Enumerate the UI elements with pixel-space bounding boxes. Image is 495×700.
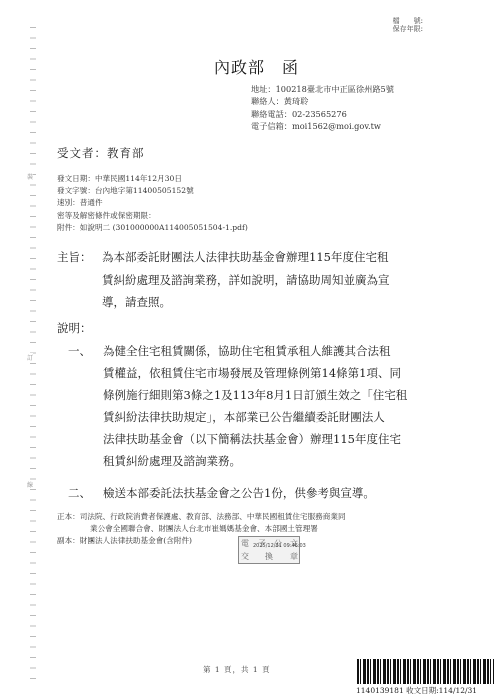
subject-line: 賃糾紛處理及諮詢業務，詳如說明，請協助周知並廣為宣 [57, 269, 390, 292]
copy-recipients: 財團法人法律扶助基金會(含附件) [80, 536, 192, 545]
issue-number: 發文字號：台內地字第11400505152號 [57, 185, 248, 197]
item-line: 法律扶助基金會（以下簡稱法扶基金會）辦理115年度住宅 [68, 428, 407, 450]
attachment: 附件：如說明二 (301000000A114005051504-1.pdf) [57, 222, 248, 234]
e-document-exchange-stamp: 電 子 公 文 交 換 章 2025/12/31 09:46:03 [238, 536, 300, 564]
binding-mark-zhuang: 裝 [27, 172, 33, 181]
archive-info: 檔 號: 保存年限: [393, 17, 423, 33]
recipient: 受文者：教育部 [57, 145, 145, 161]
issue-date: 發文日期：中華民國114年12月30日 [57, 173, 248, 185]
contact-block: 地址：100218臺北市中正區徐州路5號 聯絡人：黃琦聆 聯絡電話：02-235… [251, 83, 394, 132]
retention-label: 保存年限: [393, 25, 423, 33]
contact-person: 聯絡人：黃琦聆 [251, 95, 394, 107]
item-line: 條例施行細則第3條之1及113年8月1日訂頒生效之「住宅租 [68, 384, 407, 406]
item-line: 租賃糾紛處理及諮詢業務。 [68, 450, 407, 472]
original-label: 正本： [57, 512, 80, 521]
item-number: 一、 [68, 340, 103, 362]
item-line: 賃權益，依租賃住宅市場發展及管理條例第14條第1項、同 [68, 362, 407, 384]
stamp-char: 交 [241, 551, 249, 562]
address: 地址：100218臺北市中正區徐州路5號 [251, 83, 394, 95]
item-line: 檢送本部委託法扶基金會之公告1份，供參考與宣導。 [103, 486, 375, 500]
subject-line: 為本部委託財團法人法律扶助基金會辦理115年度住宅租 [102, 250, 388, 264]
explanation-item-2: 二、檢送本部委託法扶基金會之公告1份，供參考與宣導。 [68, 482, 375, 504]
binding-mark-ding: 訂 [27, 353, 33, 362]
binding-mark-xian: 線 [27, 480, 33, 489]
meta-block: 發文日期：中華民國114年12月30日 發文字號：台內地字第1140050515… [57, 173, 248, 234]
stamp-char: 換 [265, 551, 273, 562]
stamp-timestamp: 2025/12/31 09:46:03 [253, 543, 306, 549]
barcode [357, 659, 494, 684]
classification: 密等及解密條件或保密期限： [57, 210, 248, 222]
original-recipients: 業公會全國聯合會、財團法人台北市崔媽媽基金會、本部國土管理署 [57, 523, 346, 535]
subject-label: 主旨： [57, 246, 102, 269]
item-line: 為健全住宅租賃關係，協助住宅租賃承租人維護其合法租 [103, 344, 391, 358]
stamp-char: 電 [241, 538, 249, 549]
barcode-text: 1140139181 收文日期:114/12/31 [356, 685, 477, 696]
phone: 聯絡電話：02-23565276 [251, 108, 394, 120]
explanation-label: 說明： [57, 320, 92, 336]
copy-label: 副本： [57, 536, 80, 545]
subject-line: 導，請查照。 [57, 291, 390, 314]
distribution-block: 正本：司法院、行政院消費者保護處、教育部、法務部、中華民國租賃住宅服務商業同 業… [57, 511, 346, 547]
stamp-char: 章 [290, 551, 298, 562]
explanation-item-1: 一、為健全住宅租賃關係，協助住宅租賃承租人維護其合法租 賃權益，依租賃住宅市場發… [68, 340, 407, 472]
page-number: 第 1 頁，共 1 頁 [203, 664, 271, 675]
subject-section: 主旨：為本部委託財團法人法律扶助基金會辦理115年度住宅租 賃糾紛處理及諮詢業務… [57, 246, 390, 314]
original-recipients: 司法院、行政院消費者保護處、教育部、法務部、中華民國租賃住宅服務商業同 [80, 512, 346, 521]
item-number: 二、 [68, 482, 103, 504]
item-line: 賃糾紛法律扶助規定」，本部業已公告繼續委託財團法人 [68, 406, 407, 428]
speed: 速別：普通件 [57, 197, 248, 209]
document-title: 內政部 函 [214, 55, 299, 78]
file-no-label: 檔 號: [393, 17, 423, 25]
email: 電子信箱：moi1562@moi.gov.tw [251, 120, 394, 132]
